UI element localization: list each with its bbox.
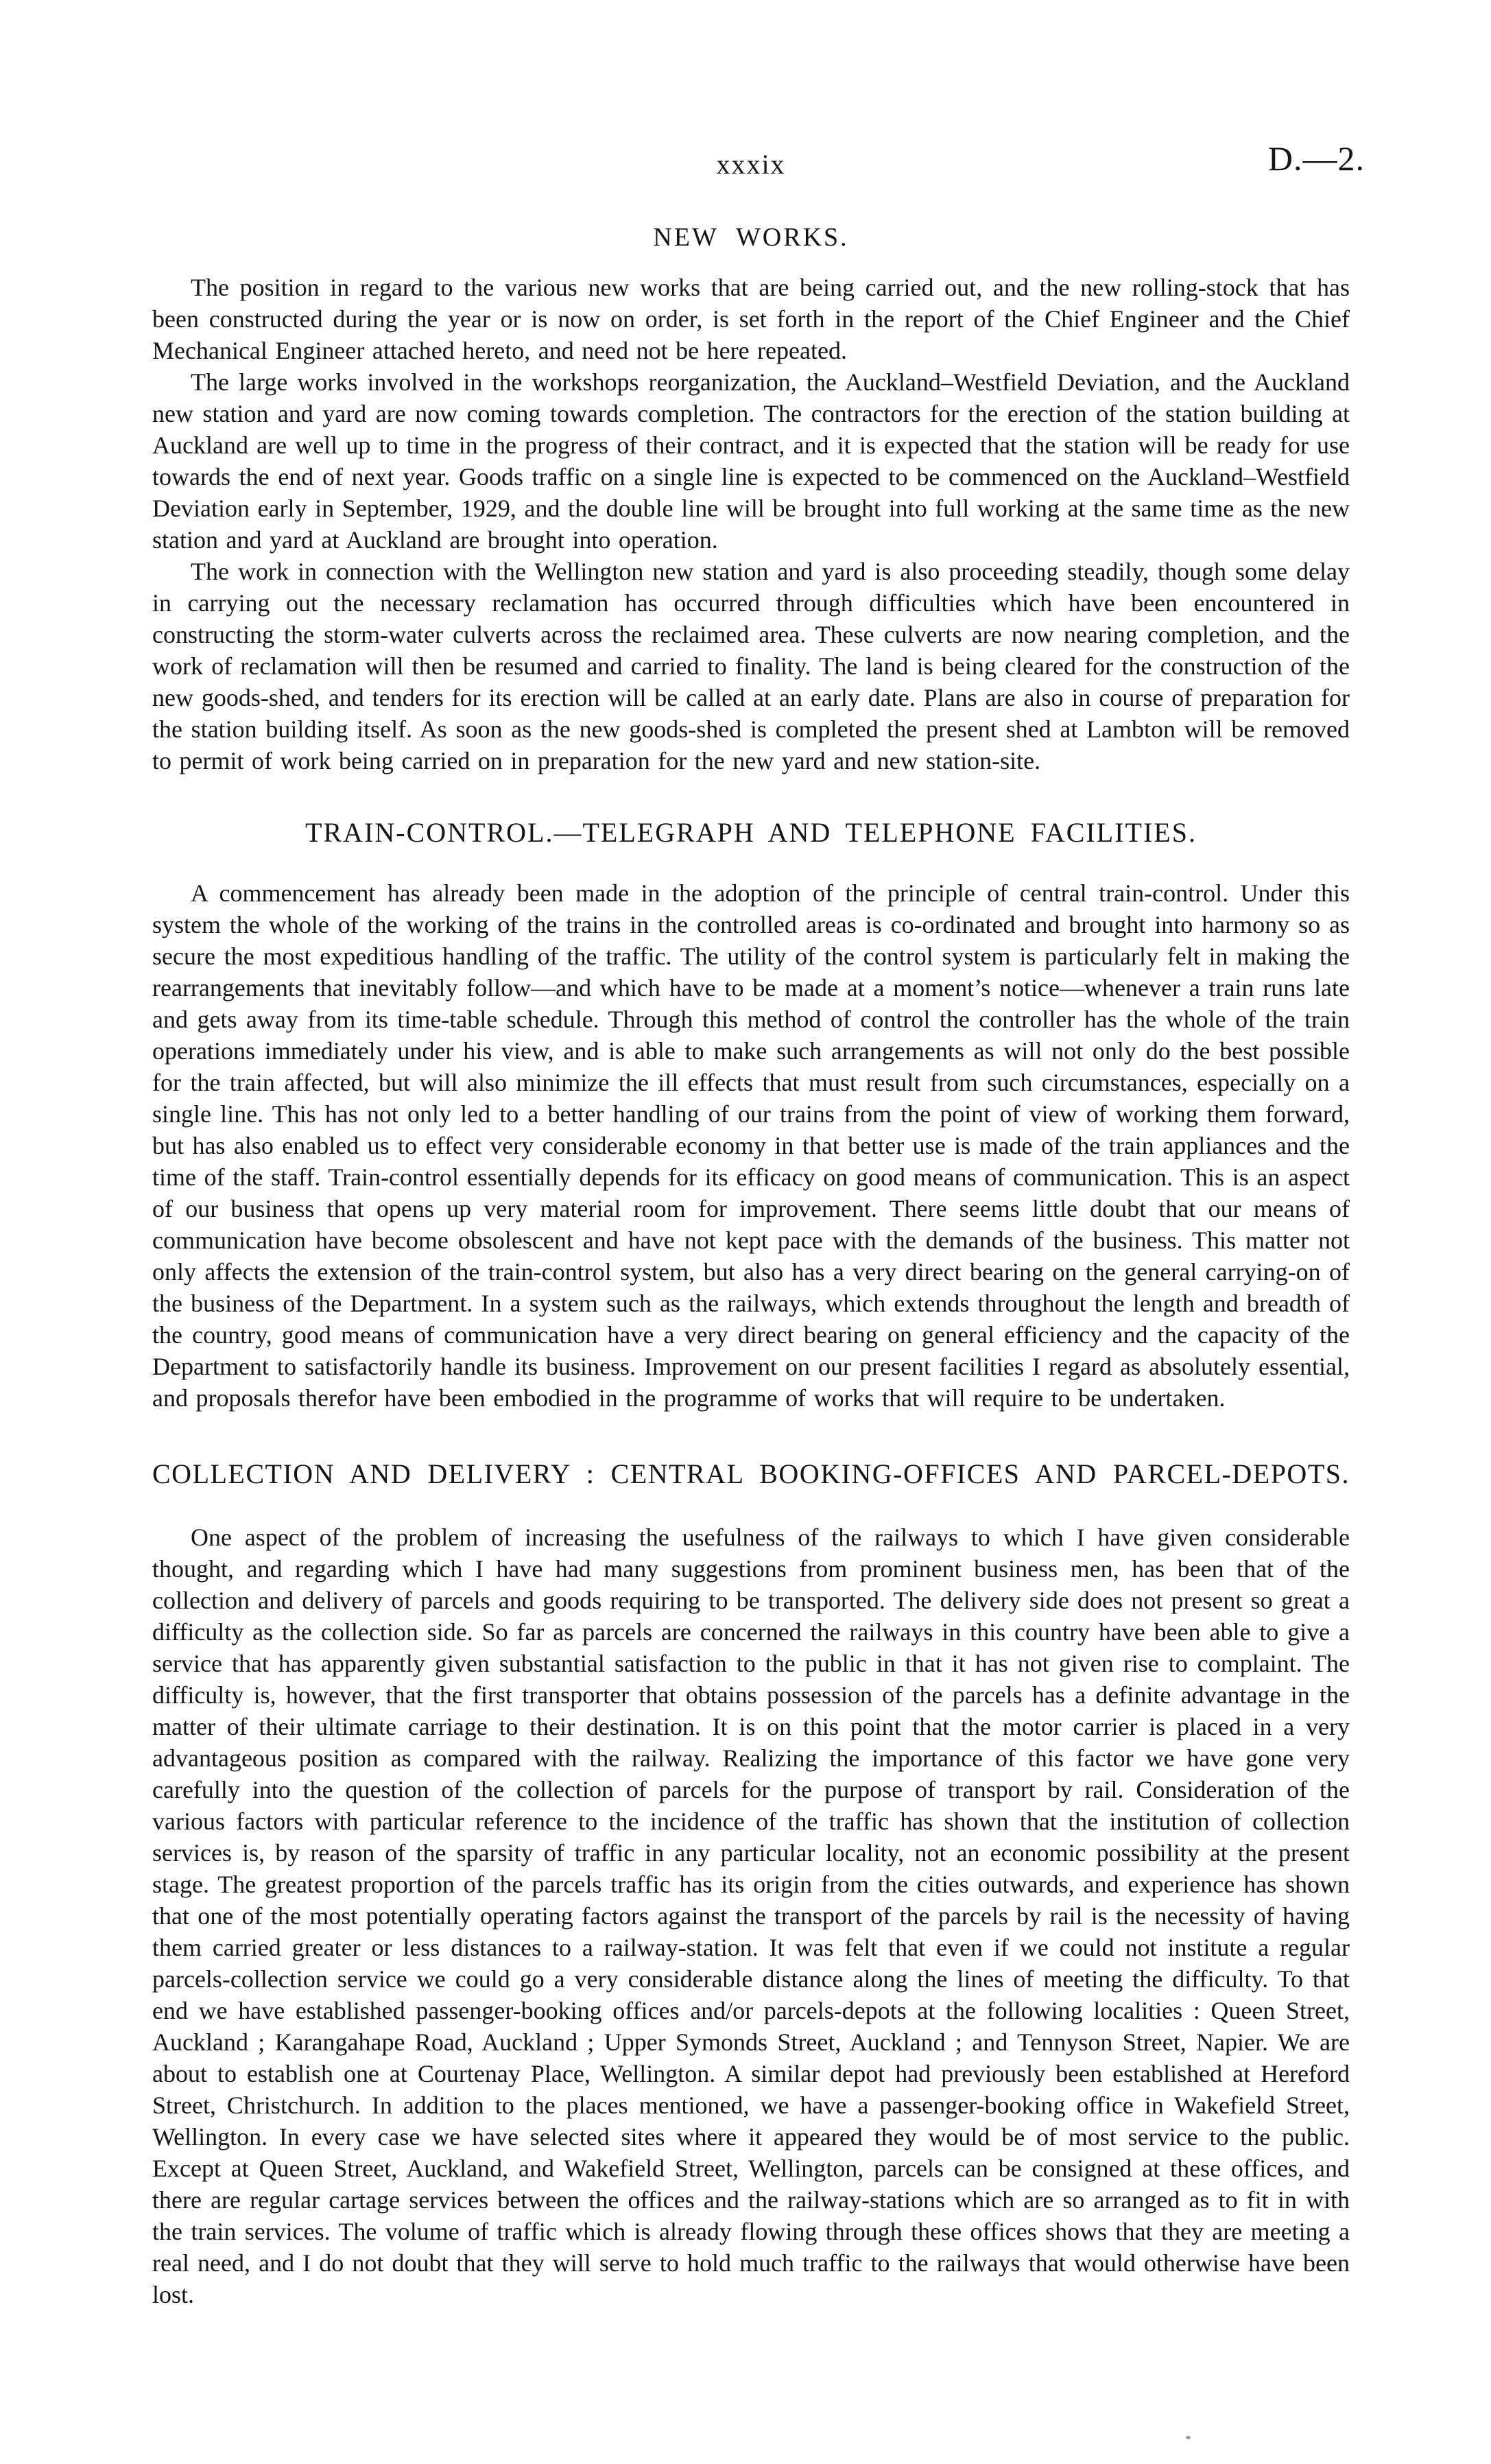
document-reference: D.—2. [1268, 139, 1365, 178]
page-number: xxxix [152, 148, 1350, 180]
section-heading-new-works: NEW WORKS. [152, 222, 1350, 252]
text-column: xxxix D.—2. NEW WORKS. The position in r… [152, 0, 1350, 2310]
paragraph: The work in connection with the Wellingt… [152, 556, 1350, 777]
paragraph: One aspect of the problem of increasing … [152, 1521, 1350, 2310]
section-heading-train-control: TRAIN-CONTROL.—TELEGRAPH AND TELEPHONE F… [152, 816, 1350, 849]
page-header: xxxix D.—2. [152, 144, 1350, 192]
document-page: xxxix D.—2. NEW WORKS. The position in r… [0, 0, 1491, 2464]
paragraph: The large works involved in the workshop… [152, 366, 1350, 556]
paragraph: The position in regard to the various ne… [152, 272, 1350, 366]
paragraph: A commencement has already been made in … [152, 877, 1350, 1414]
section-collection-delivery: COLLECTION AND DELIVERY : CENTRAL BOOKIN… [152, 1458, 1350, 2310]
scan-speck [1186, 2436, 1191, 2439]
section-train-control: TRAIN-CONTROL.—TELEGRAPH AND TELEPHONE F… [152, 816, 1350, 1414]
section-new-works: NEW WORKS. The position in regard to the… [152, 222, 1350, 777]
section-heading-collection-delivery: COLLECTION AND DELIVERY : CENTRAL BOOKIN… [152, 1458, 1350, 1490]
